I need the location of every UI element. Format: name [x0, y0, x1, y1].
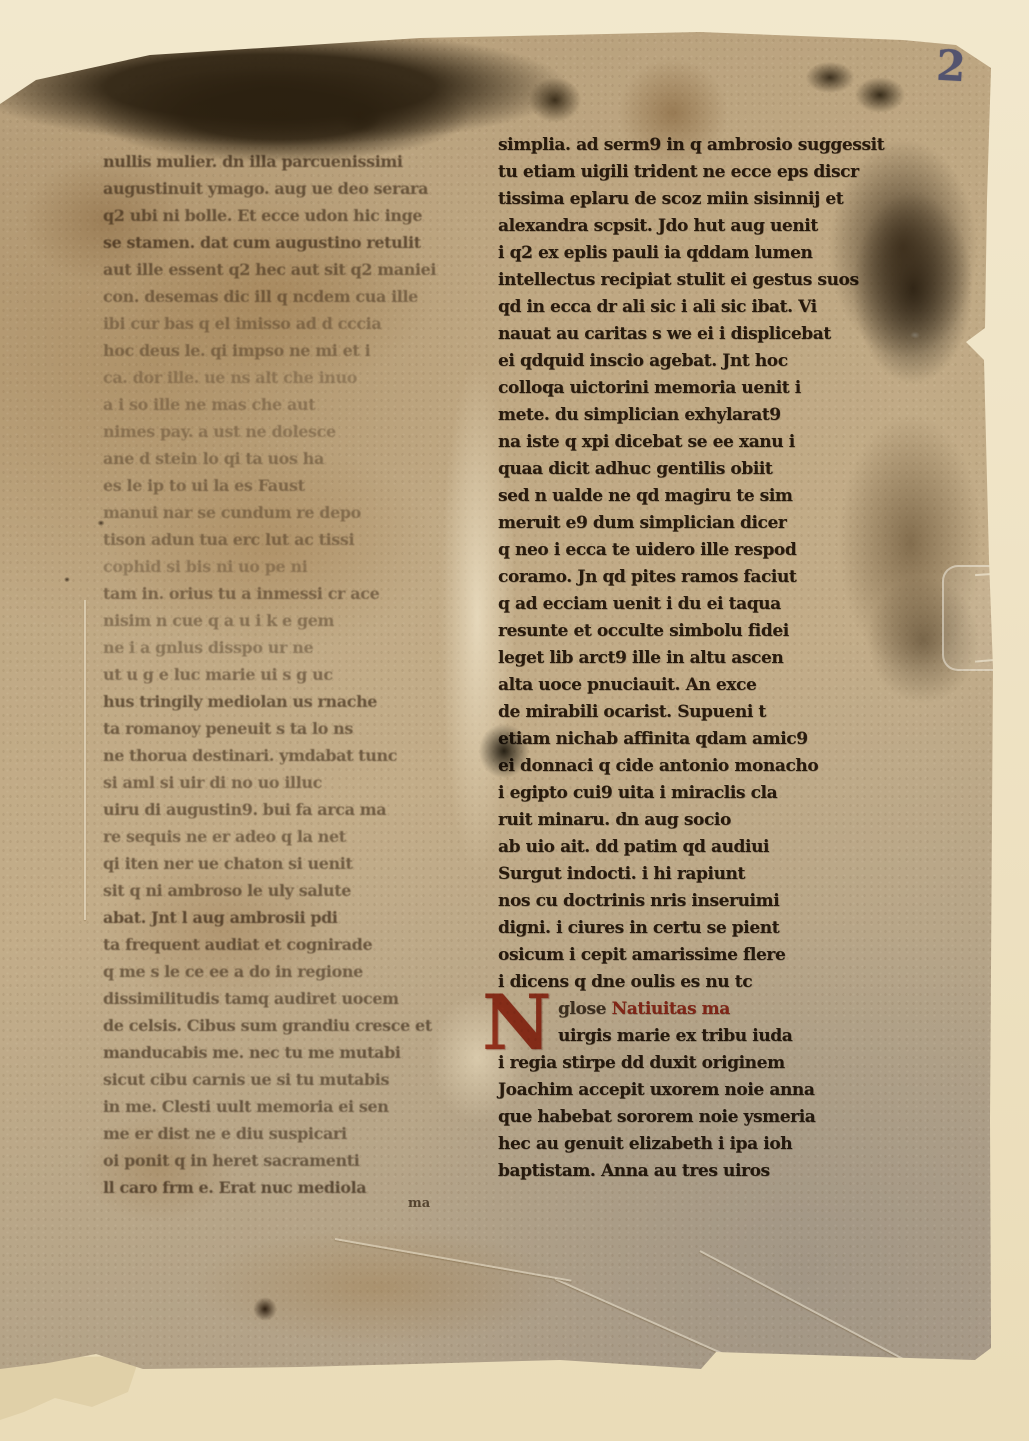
text-line: sit q ni ambroso le uly salute — [103, 877, 469, 904]
text-line: nauat au caritas s we ei i displicebat — [498, 321, 890, 348]
text-line: hus tringily mediolan us rnache — [103, 688, 469, 715]
text-line: si aml si uir di no uo illuc — [103, 769, 469, 796]
text-line: ne thorua destinari. ymdabat tunc — [103, 742, 469, 769]
text-line: hoc deus le. qi impso ne mi et i — [103, 337, 469, 364]
photograph: 2 nullis mulier. dn illa parcuenissimiau… — [0, 0, 1029, 1441]
manuscript-page: 2 nullis mulier. dn illa parcuenissimiau… — [0, 0, 1029, 1441]
crease-line — [84, 600, 86, 920]
text-line: resunte et occulte simbolu fidei — [498, 618, 890, 645]
text-line: q ad ecciam uenit i du ei taqua — [498, 591, 890, 618]
text-line: Surgut indocti. i hi rapiunt — [498, 861, 890, 888]
text-line: me er dist ne e diu suspicari — [103, 1120, 469, 1147]
text-line: a i so ille ne mas che aut — [103, 391, 469, 418]
text-line: manducabis me. nec tu me mutabi — [103, 1039, 469, 1066]
right-column-lines: simplia. ad serm9 in q ambrosio suggessi… — [498, 132, 890, 996]
text-line: tissima eplaru de scoz miin sisinnij et — [498, 186, 890, 213]
text-line: tam in. orius tu a inmessi cr ace — [103, 580, 469, 607]
text-line: aut ille essent q2 hec aut sit q2 maniei — [103, 256, 469, 283]
text-line: alta uoce pnuciauit. An exce — [498, 672, 890, 699]
text-line: de mirabili ocarist. Supueni t — [498, 699, 890, 726]
text-line: na iste q xpi dicebat se ee xanu i — [498, 429, 890, 456]
text-line: nisim n cue q a u i k e gem — [103, 607, 469, 634]
rubric-initial-N: N — [482, 996, 554, 1050]
text-line: simplia. ad serm9 in q ambrosio suggessi… — [498, 132, 890, 159]
text-line: uirgis marie ex tribu iuda — [498, 1023, 890, 1050]
text-line: hec au genuit elizabeth i ipa ioh — [498, 1131, 890, 1158]
text-line: etiam nichab affinita qdam amic9 — [498, 726, 890, 753]
text-line: abat. Jnt l aug ambrosii pdi — [103, 904, 469, 931]
text-line: colloqa uictorini memoria uenit i — [498, 375, 890, 402]
text-line: cophid si bis ni uo pe ni — [103, 553, 469, 580]
text-line: q neo i ecca te uidero ille respod — [498, 537, 890, 564]
text-line: osicum i cepit amarissime flere — [498, 942, 890, 969]
text-line: es le ip to ui la es Faust — [103, 472, 469, 499]
text-line: sed n ualde ne qd magiru te sim — [498, 483, 890, 510]
text-line: q me s le ce ee a do in regione — [103, 958, 469, 985]
text-line: alexandra scpsit. Jdo hut aug uenit — [498, 213, 890, 240]
text-line: tu etiam uigili trident ne ecce eps disc… — [498, 159, 890, 186]
text-line: tison adun tua erc lut ac tissi — [103, 526, 469, 553]
text-line: ei qdquid inscio agebat. Jnt hoc — [498, 348, 890, 375]
rubric-line-black: glose — [558, 999, 606, 1019]
text-line: ibi cur bas q el imisso ad d cccia — [103, 310, 469, 337]
text-line: nullis mulier. dn illa parcuenissimi — [103, 148, 469, 175]
text-line: que habebat sororem noie ysmeria — [498, 1104, 890, 1131]
text-line: manui nar se cundum re depo — [103, 499, 469, 526]
text-line: digni. i ciures in certu se pient — [498, 915, 890, 942]
text-line: ut u g e luc marie ui s g uc — [103, 661, 469, 688]
rubric-line-red: Natiuitas ma — [612, 999, 730, 1019]
text-line: in me. Clesti uult memoria ei sen — [103, 1093, 469, 1120]
text-line: de celsis. Cibus sum grandiu cresce et — [103, 1012, 469, 1039]
text-line: ne i a gnlus disspo ur ne — [103, 634, 469, 661]
text-line: leget lib arct9 ille in altu ascen — [498, 645, 890, 672]
text-line: uiru di augustin9. bui fa arca ma — [103, 796, 469, 823]
text-line: nimes pay. a ust ne dolesce — [103, 418, 469, 445]
text-line: coramo. Jn qd pites ramos faciut — [498, 564, 890, 591]
text-line: qd in ecca dr ali sic i ali sic ibat. Vi — [498, 294, 890, 321]
catchword: ma — [408, 1196, 430, 1211]
rubric-line: glose Natiuitas ma — [498, 996, 890, 1023]
text-line: ei donnaci q cide antonio monacho — [498, 753, 890, 780]
text-line: ab uio ait. dd patim qd audiui — [498, 834, 890, 861]
text-line: i dicens q dne oulis es nu tc — [498, 969, 890, 996]
text-line: ruit minaru. dn aug socio — [498, 807, 890, 834]
text-column-right: simplia. ad serm9 in q ambrosio suggessi… — [498, 132, 890, 1185]
text-line: con. desemas dic ill q ncdem cua ille — [103, 283, 469, 310]
text-line: re sequis ne er adeo q la net — [103, 823, 469, 850]
text-line: se stamen. dat cum augustino retulit — [103, 229, 469, 256]
text-line: oi ponit q in heret sacramenti — [103, 1147, 469, 1174]
text-line: sicut cibu carnis ue si tu mutabis — [103, 1066, 469, 1093]
text-line: i q2 ex eplis pauli ia qddam lumen — [498, 240, 890, 267]
text-line: ane d stein lo qi ta uos ha — [103, 445, 469, 472]
mounting-strip — [942, 565, 1029, 671]
text-line: ta romanoy peneuit s ta lo ns — [103, 715, 469, 742]
text-line: q2 ubi ni bolle. Et ecce udon hic inge — [103, 202, 469, 229]
folio-number: 2 — [934, 41, 987, 104]
rubric-paragraph: N glose Natiuitas ma uirgis marie ex tri… — [498, 996, 890, 1185]
text-line: augustinuit ymago. aug ue deo serara — [103, 175, 469, 202]
text-line: dissimilitudis tamq audiret uocem — [103, 985, 469, 1012]
text-line: Joachim accepit uxorem noie anna — [498, 1077, 890, 1104]
text-line: i regia stirpe dd duxit originem — [498, 1050, 890, 1077]
text-line: meruit e9 dum simplician dicer — [498, 510, 890, 537]
text-line: mete. du simplician exhylarat9 — [498, 402, 890, 429]
text-line: i egipto cui9 uita i miraclis cla — [498, 780, 890, 807]
text-line: intellectus recipiat stulit ei gestus su… — [498, 267, 890, 294]
text-line: baptistam. Anna au tres uiros — [498, 1158, 890, 1185]
text-line: ca. dor ille. ue ns alt che inuo — [103, 364, 469, 391]
text-line: ta frequent audiat et cognirade — [103, 931, 469, 958]
text-line: nos cu doctrinis nris inseruimi — [498, 888, 890, 915]
text-column-left: nullis mulier. dn illa parcuenissimiaugu… — [103, 148, 469, 1201]
rubric-paragraph-lines: uirgis marie ex tribu iudai regia stirpe… — [498, 1023, 890, 1185]
text-line: qi iten ner ue chaton si uenit — [103, 850, 469, 877]
text-line: quaa dicit adhuc gentilis obiit — [498, 456, 890, 483]
